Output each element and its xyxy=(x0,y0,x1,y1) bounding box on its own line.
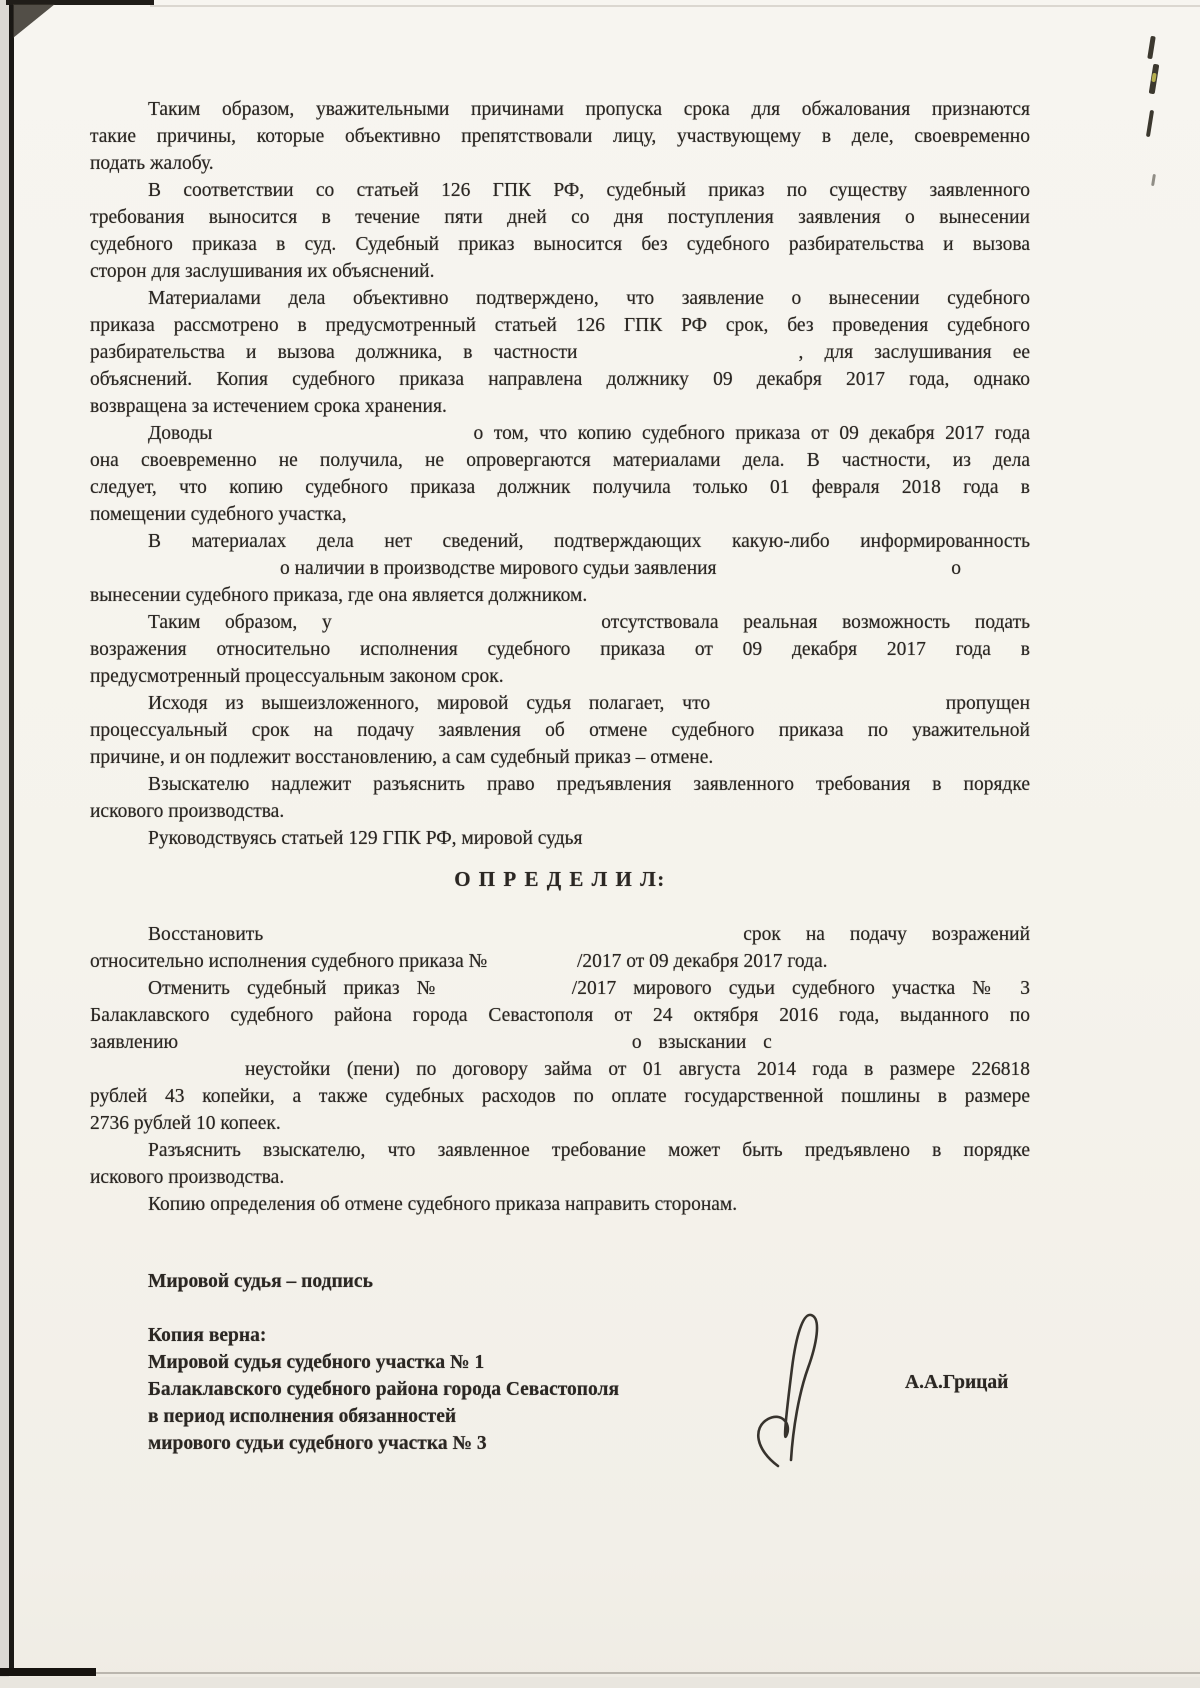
text-line: следует, что копию судебного приказа дол… xyxy=(90,474,1030,501)
text-line: Материалами дела объективно подтверждено… xyxy=(90,285,1030,312)
judge-name: А.А.Грицай xyxy=(905,1372,1008,1394)
copy-certification-block: Копия верна: Мировой судья судебного уча… xyxy=(148,1322,619,1457)
scanner-background-bottom xyxy=(0,1677,1200,1688)
text-line: В материалах дела нет сведений, подтверж… xyxy=(90,528,1030,555)
certifier-title-line: Балаклавского судебного района города Се… xyxy=(148,1376,619,1403)
text-line: неустойки (пени) по договору займа от 01… xyxy=(90,1056,1030,1083)
redacted-gap xyxy=(721,573,946,574)
text-line: Взыскателю надлежит разъяснить право пре… xyxy=(90,771,1030,798)
determination-heading: О П Р Е Д Е Л И Л: xyxy=(90,866,1030,893)
text-line: искового производства. xyxy=(90,798,1030,825)
document-text: Таким образом, уважительными причинами п… xyxy=(90,96,1030,1218)
certifier-title-line: в период исполнения обязанностей xyxy=(148,1403,619,1430)
text-line: процессуальный срок на подачу заявления … xyxy=(90,717,1030,744)
text-line: Балаклавского судебного района города Се… xyxy=(90,1002,1030,1029)
handwritten-signature xyxy=(748,1308,858,1473)
text-line: разбирательства и вызова должника, в час… xyxy=(90,339,1030,366)
scanned-court-document-page: { "page": { "paper_color": "#f6f4ee", "i… xyxy=(0,0,1200,1688)
text-line: о наличии в производстве мирового судьи … xyxy=(90,555,1030,582)
scan-corner-top-left xyxy=(13,4,55,38)
staple-mark xyxy=(1146,110,1154,137)
text-line: заявлению о взыскании с xyxy=(90,1029,1030,1056)
text-line: вынесении судебного приказа, где она явл… xyxy=(90,582,1030,609)
paper-edge-top xyxy=(150,5,1200,7)
text-line: возвращена за истечением срока хранения. xyxy=(90,393,1030,420)
certifier-title-lines: Мировой судья судебного участка № 1Балак… xyxy=(148,1349,619,1457)
redacted-gap xyxy=(288,939,718,940)
copy-certification-label: Копия верна: xyxy=(148,1322,619,1349)
text-line: такие причины, которые объективно препят… xyxy=(90,123,1030,150)
text-line: искового производства. xyxy=(90,1164,1030,1191)
text-line: Исходя из вышеизложенного, мировой судья… xyxy=(90,690,1030,717)
scanner-background-left xyxy=(0,0,9,1688)
staple-mark xyxy=(1147,36,1156,59)
redacted-gap xyxy=(465,993,555,994)
redacted-gap xyxy=(195,1047,615,1048)
text-line: Таким образом, уважительными причинами п… xyxy=(90,96,1030,123)
text-line: судебного приказа в суд. Судебный приказ… xyxy=(90,231,1030,258)
text-line: Таким образом, у отсутствовала реальная … xyxy=(90,609,1030,636)
certifier-title-line: мирового судьи судебного участка № 3 xyxy=(148,1430,619,1457)
text-line: В соответствии со статьей 126 ГПК РФ, су… xyxy=(90,177,1030,204)
certifier-title-line: Мировой судья судебного участка № 1 xyxy=(148,1349,619,1376)
text-line: Доводы о том, что копию судебного приказ… xyxy=(90,420,1030,447)
judge-signature-line: Мировой судья – подпись xyxy=(148,1268,373,1295)
staple-mark xyxy=(1151,174,1156,186)
text-line: Разъяснить взыскателю, что заявленное тр… xyxy=(90,1137,1030,1164)
redacted-gap xyxy=(223,438,463,439)
text-line: приказа рассмотрено в предусмотренный ст… xyxy=(90,312,1030,339)
text-line: Копию определения об отмене судебного пр… xyxy=(90,1191,1030,1218)
text-line: Восстановить срок на подачу возражений xyxy=(90,921,1030,948)
text-line: Руководствуясь статьей 129 ГПК РФ, миров… xyxy=(90,825,1030,852)
paper-edge-bottom xyxy=(0,1672,1200,1674)
text-line: сторон для заслушивания их объяснений. xyxy=(90,258,1030,285)
text-line: возражения относительно исполнения судеб… xyxy=(90,636,1030,663)
text-line: она своевременно не получила, не опровер… xyxy=(90,447,1030,474)
text-line: относительно исполнения судебного приказ… xyxy=(90,948,1030,975)
redacted-gap xyxy=(492,966,572,967)
redacted-gap xyxy=(356,627,576,628)
text-line: подать жалобу. xyxy=(90,150,1030,177)
redacted-gap xyxy=(728,708,928,709)
scan-edge-left xyxy=(9,0,14,1676)
text-line: требования выносится в течение пяти дней… xyxy=(90,204,1030,231)
text-line: предусмотренный процессуальным законом с… xyxy=(90,663,1030,690)
text-line: 2736 рублей 10 копеек. xyxy=(90,1110,1030,1137)
text-line: помещении судебного участка, xyxy=(90,501,1030,528)
text-line: объяснений. Копия судебного приказа напр… xyxy=(90,366,1030,393)
text-line: причине, и он подлежит восстановлению, а… xyxy=(90,744,1030,771)
scan-corner-bottom-left xyxy=(0,1668,96,1676)
text-line: Отменить судебный приказ № /2017 мировог… xyxy=(90,975,1030,1002)
text-line: рублей 43 копейки, а также судебных расх… xyxy=(90,1083,1030,1110)
redacted-gap xyxy=(599,357,799,358)
